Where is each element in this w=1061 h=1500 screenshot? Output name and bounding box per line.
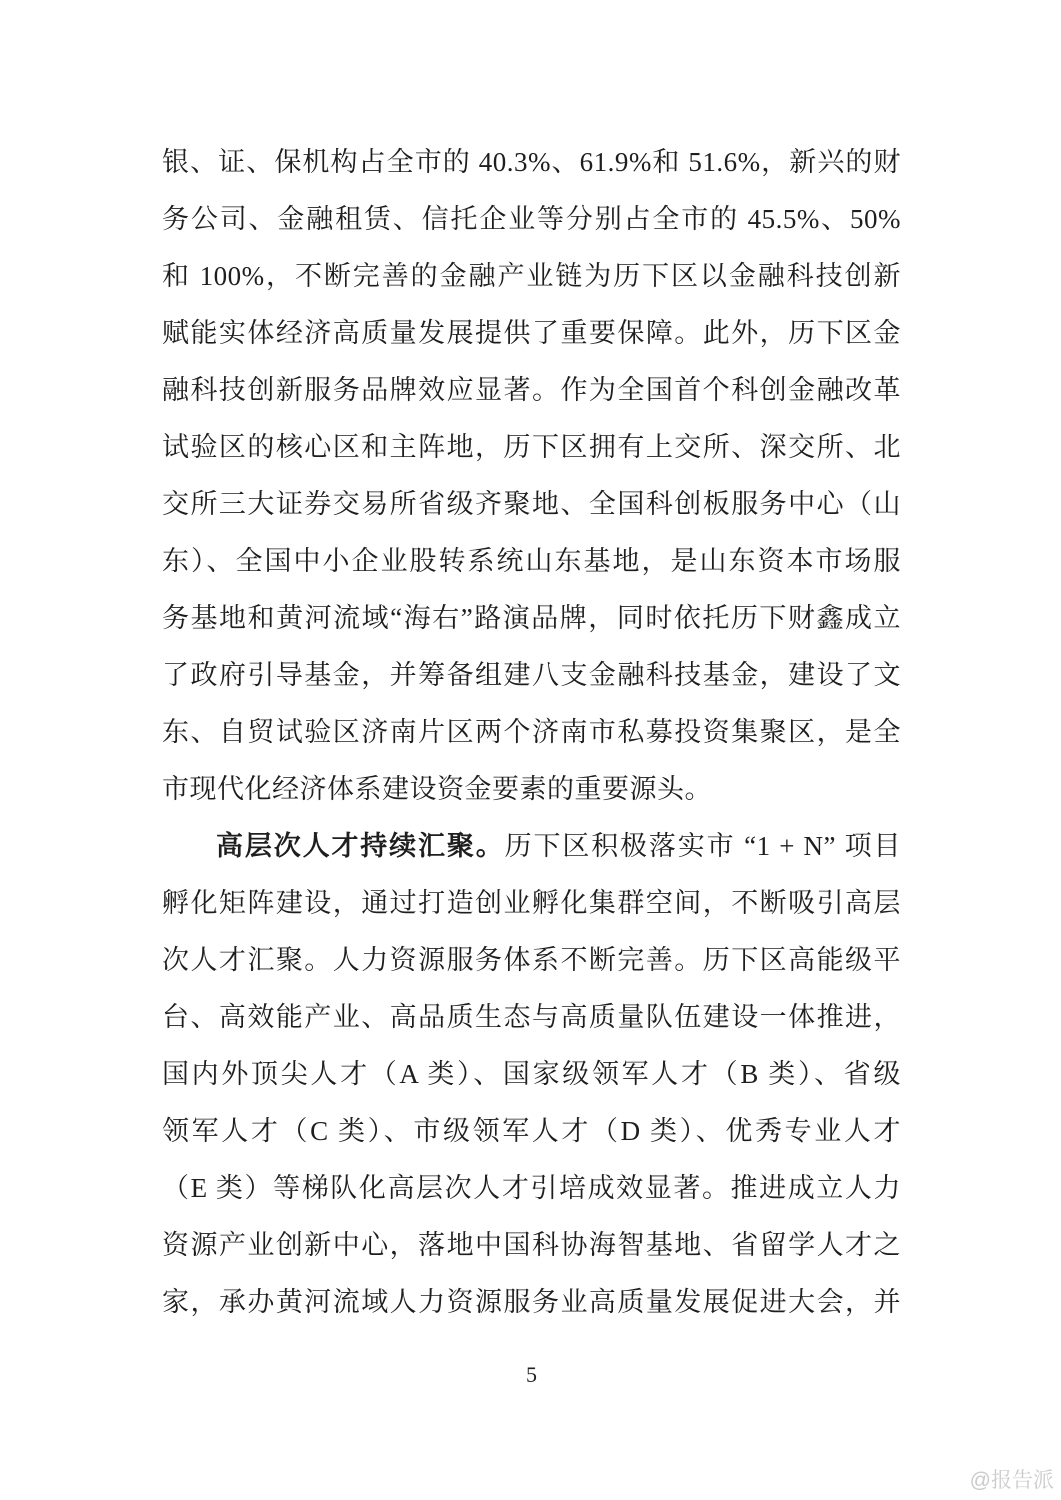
- paragraph-lead-bold: 高层次人才持续汇聚。: [216, 831, 505, 861]
- paragraph-1: 银、证、保机构占全市的 40.3%、61.9%和 51.6%，新兴的财 务公司、…: [162, 134, 901, 818]
- text-line: 务公司、金融租赁、信托企业等分别占全市的 45.5%、50%: [162, 191, 901, 248]
- page-number: 5: [162, 1360, 901, 1390]
- text-line: 赋能实体经济高质量发展提供了重要保障。此外，历下区金: [162, 305, 901, 362]
- text-line: 东）、全国中小企业股转系统山东基地，是山东资本市场服: [162, 533, 901, 590]
- text-line: 务基地和黄河流域“海右”路演品牌，同时依托历下财鑫成立: [162, 590, 901, 647]
- text-line: 孵化矩阵建设，通过打造创业孵化集群空间，不断吸引高层: [162, 875, 901, 932]
- paragraph-lead-rest: 历下区积极落实市 “1 + N” 项目: [505, 831, 901, 861]
- text-line: 和 100%，不断完善的金融产业链为历下区以金融科技创新: [162, 248, 901, 305]
- paragraph-2: 高层次人才持续汇聚。历下区积极落实市 “1 + N” 项目 孵化矩阵建设，通过打…: [162, 818, 901, 1331]
- text-line: 银、证、保机构占全市的 40.3%、61.9%和 51.6%，新兴的财: [162, 134, 901, 191]
- text-line: 领军人才（C 类）、市级领军人才（D 类）、优秀专业人才: [162, 1103, 901, 1160]
- watermark: @报告派: [970, 1468, 1054, 1494]
- text-line: 市现代化经济体系建设资金要素的重要源头。: [162, 761, 901, 818]
- text-line: 台、高效能产业、高品质生态与高质量队伍建设一体推进，: [162, 989, 901, 1046]
- text-line: 融科技创新服务品牌效应显著。作为全国首个科创金融改革: [162, 362, 901, 419]
- text-line: 了政府引导基金，并筹备组建八支金融科技基金，建设了文: [162, 647, 901, 704]
- text-line: 交所三大证券交易所省级齐聚地、全国科创板服务中心（山: [162, 476, 901, 533]
- text-line: 国内外顶尖人才（A 类）、国家级领军人才（B 类）、省级: [162, 1046, 901, 1103]
- text-line: （E 类）等梯队化高层次人才引培成效显著。推进成立人力: [162, 1160, 901, 1217]
- text-line: 东、自贸试验区济南片区两个济南市私募投资集聚区，是全: [162, 704, 901, 761]
- text-line: 家，承办黄河流域人力资源服务业高质量发展促进大会，并: [162, 1274, 901, 1331]
- text-line: 次人才汇聚。人力资源服务体系不断完善。历下区高能级平: [162, 932, 901, 989]
- document-page: 银、证、保机构占全市的 40.3%、61.9%和 51.6%，新兴的财 务公司、…: [0, 0, 1061, 1500]
- text-block: 银、证、保机构占全市的 40.3%、61.9%和 51.6%，新兴的财 务公司、…: [162, 134, 901, 1331]
- text-line: 试验区的核心区和主阵地，历下区拥有上交所、深交所、北: [162, 419, 901, 476]
- text-line: 高层次人才持续汇聚。历下区积极落实市 “1 + N” 项目: [162, 818, 901, 875]
- text-line: 资源产业创新中心，落地中国科协海智基地、省留学人才之: [162, 1217, 901, 1274]
